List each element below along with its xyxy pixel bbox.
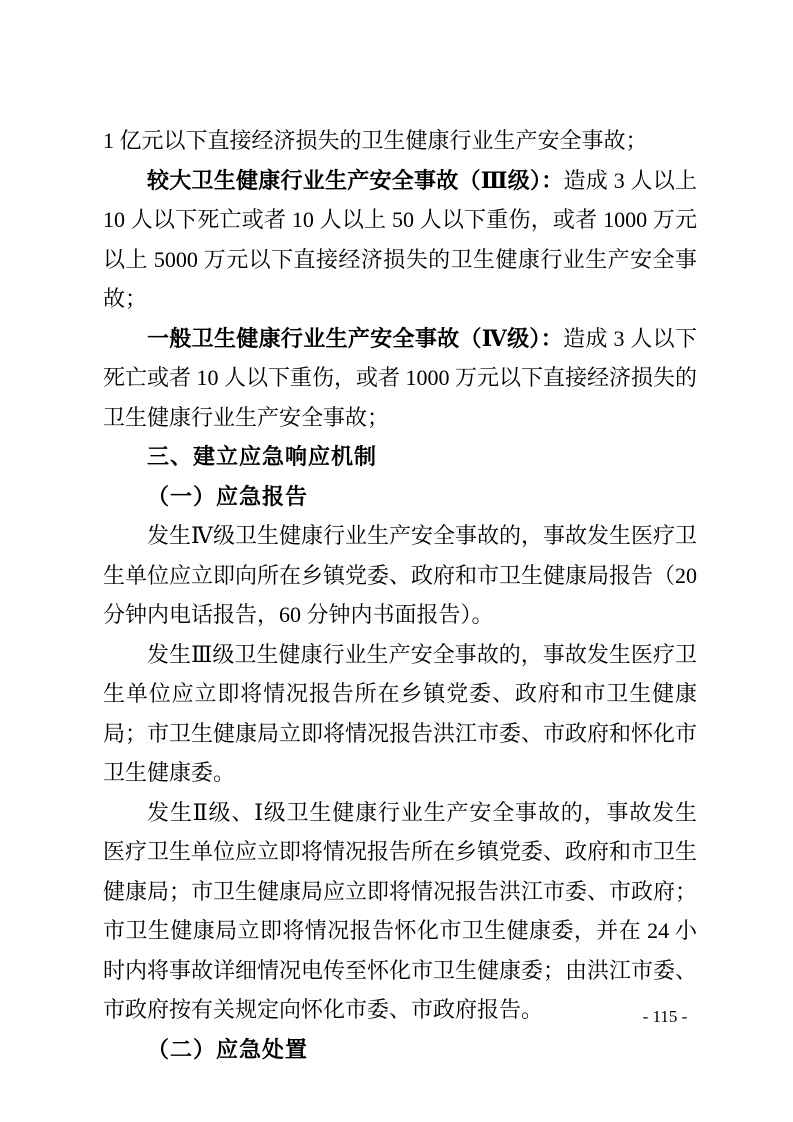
paragraph-level3-report-procedure: 发生Ⅲ级卫生健康行业生产安全事故的，事故发生医疗卫生单位应立即将情况报告所在乡镇…	[103, 635, 697, 793]
paragraph-level4-accident-definition: 一般卫生健康行业生产安全事故（Ⅳ级）：造成 3 人以下死亡或者 10 人以下重伤…	[103, 319, 697, 438]
bold-lead-level4: 一般卫生健康行业生产安全事故（Ⅳ级）：	[147, 326, 563, 351]
paragraph-level4-report-procedure: 发生Ⅳ级卫生健康行业生产安全事故的，事故发生医疗卫生单位应立即向所在乡镇党委、政…	[103, 516, 697, 635]
section-heading-emergency-response-mechanism: 三、建立应急响应机制	[103, 437, 697, 477]
paragraph-level3-accident-definition: 较大卫生健康行业生产安全事故（Ⅲ级）：造成 3 人以上 10 人以下死亡或者 1…	[103, 161, 697, 319]
page-number: - 115 -	[615, 1006, 715, 1028]
document-body: 1 亿元以下直接经济损失的卫生健康行业生产安全事故； 较大卫生健康行业生产安全事…	[103, 121, 697, 1069]
paragraph-continuation: 1 亿元以下直接经济损失的卫生健康行业生产安全事故；	[103, 121, 697, 161]
subsection-heading-emergency-handling: （二）应急处置	[103, 1030, 697, 1070]
document-page: 1 亿元以下直接经济损失的卫生健康行业生产安全事故； 较大卫生健康行业生产安全事…	[0, 0, 793, 1122]
bold-lead-level3: 较大卫生健康行业生产安全事故（Ⅲ级）：	[147, 168, 564, 193]
subsection-heading-emergency-report: （一）应急报告	[103, 477, 697, 517]
paragraph-level1-2-report-procedure: 发生Ⅱ级、Ⅰ级卫生健康行业生产安全事故的，事故发生医疗卫生单位应立即将情况报告所…	[103, 793, 697, 1030]
